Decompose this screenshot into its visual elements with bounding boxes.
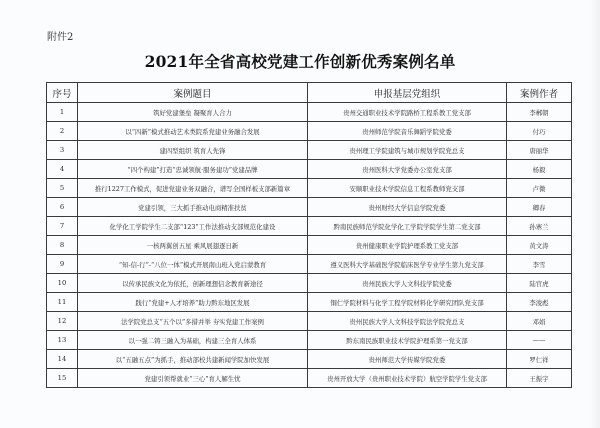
cell-no: 12 (47, 312, 78, 331)
cell-organization: 黔南民族师范学院化学化工学院学院学生第二党支部 (308, 217, 507, 236)
cell-case-title: 以“五融五点”为抓手，推动部校共建新闻学院加快发展 (78, 350, 308, 369)
cell-case-title: 以一强二铸三融入为基础，构建三全育人体系 (78, 331, 308, 350)
header-organization: 申报基层党组织 (308, 83, 507, 103)
cell-case-title: 筑好党建堡垒 凝聚育人合力 (78, 103, 308, 122)
cell-case-title: 以传承民族文化为依托，创新理想信念教育新途径 (78, 274, 308, 293)
cell-organization: 铜仁学院材料与化学工程学院材料化学研究团队党支部 (308, 293, 507, 312)
cell-organization: 贵州师范学院音乐舞蹈学院党委 (308, 122, 507, 141)
cell-no: 6 (47, 198, 78, 217)
cell-author: 王振宇 (507, 369, 572, 388)
cell-author: 邓娟 (507, 312, 572, 331)
cell-no: 1 (47, 103, 78, 122)
attachment-label: 附件2 (47, 28, 73, 43)
cell-organization: 贵州民族大学人文科技学院党委 (308, 274, 507, 293)
cell-no: 9 (47, 255, 78, 274)
table-row: 2 以“四新”模式推动艺术类院系党建业务融合发展 贵州师范学院音乐舞蹈学院党委 … (47, 122, 572, 141)
table-row: 5 推行1227工作模式，促进党建业务双融合，谱写全国样板支部新篇章 安顺职业技… (47, 179, 572, 198)
cell-author: 罗仁祥 (507, 350, 572, 369)
cell-no: 5 (47, 179, 78, 198)
cell-no: 3 (47, 141, 78, 160)
table-row: 15 党建引领帮就业“三心”育人解生忧 贵州开放大学（贵州职业技术学院）航空学院… (47, 369, 572, 388)
table-row: 7 化学化工学院学生二支部“123”工作法推动支部规范化建设 黔南民族师范学院化… (47, 217, 572, 236)
cell-no: 4 (47, 160, 78, 179)
cell-author: 唐丽华 (507, 141, 572, 160)
cell-organization: 安顺职业技术学院信息工程系教师党支部 (308, 179, 507, 198)
cell-case-title: “知-信-行”-“八位一体”模式开展南山班入党启蒙教育 (78, 255, 308, 274)
cell-no: 10 (47, 274, 78, 293)
table-row: 6 党建引领，三大抓手推动电商精准扶贫 贵州财经大学信息学院党委 卿春 (47, 198, 572, 217)
cell-author: 李雪 (507, 255, 572, 274)
cell-author: 李郴朝 (507, 103, 572, 122)
cell-author: 卿春 (507, 198, 572, 217)
table-row: 1 筑好党建堡垒 凝聚育人合力 贵州交通职业技术学院路桥工程系教工党支部 李郴朝 (47, 103, 572, 122)
document-title: 2021年全省高校党建工作创新优秀案例名单 (0, 50, 600, 72)
cell-organization: 贵州师范大学传媒学院党委 (308, 350, 507, 369)
cell-case-title: 建四型组织 筑育人先锋 (78, 141, 308, 160)
cell-no: 14 (47, 350, 78, 369)
cell-case-title: 推行1227工作模式，促进党建业务双融合，谱写全国样板支部新篇章 (78, 179, 308, 198)
cell-case-title: 法学院党总支“五个以”多措并举 夯实党建工作案例 (78, 312, 308, 331)
cell-author: 卢微 (507, 179, 572, 198)
cell-author: 陆官虎 (507, 274, 572, 293)
cell-case-title: 践行“党建+人才培养”助力黔东地区发展 (78, 293, 308, 312)
header-case-title: 案例题目 (78, 83, 308, 103)
cell-no: 15 (47, 369, 78, 388)
cell-case-title: 一核两翼创五星 乘风展翅逐日新 (78, 236, 308, 255)
cell-case-title: 党建引领帮就业“三心”育人解生忧 (78, 369, 308, 388)
cell-organization: 遵义医科大学基础医学院临床医学专业学生第九党支部 (308, 255, 507, 274)
case-list-table: 序号 案例题目 申报基层党组织 案例作者 1 筑好党建堡垒 凝聚育人合力 贵州交… (46, 82, 572, 388)
cell-author: 黄文涛 (507, 236, 572, 255)
cell-organization: 贵州民族大学人文科技学院法学院党总支 (308, 312, 507, 331)
cell-no: 7 (47, 217, 78, 236)
cell-author: 孙寨兰 (507, 217, 572, 236)
cell-organization: 贵州财经大学信息学院党委 (308, 198, 507, 217)
cell-case-title: 化学化工学院学生二支部“123”工作法推动支部规范化建设 (78, 217, 308, 236)
table-row: 12 法学院党总支“五个以”多措并举 夯实党建工作案例 贵州民族大学人文科技学院… (47, 312, 572, 331)
table-header-row: 序号 案例题目 申报基层党组织 案例作者 (47, 83, 572, 103)
table-row: 9 “知-信-行”-“八位一体”模式开展南山班入党启蒙教育 遵义医科大学基础医学… (47, 255, 572, 274)
cell-author: 付巧 (507, 122, 572, 141)
cell-organization: 贵州交通职业技术学院路桥工程系教工党支部 (308, 103, 507, 122)
cell-no: 2 (47, 122, 78, 141)
cell-organization: 黔东南民族职业技术学院护理系第一党支部 (308, 331, 507, 350)
table-row: 3 建四型组织 筑育人先锋 贵州理工学院建筑与城市规划学院党总支 唐丽华 (47, 141, 572, 160)
table-row: 11 践行“党建+人才培养”助力黔东地区发展 铜仁学院材料与化学工程学院材料化学… (47, 293, 572, 312)
cell-organization: 贵州理工学院建筑与城市规划学院党总支 (308, 141, 507, 160)
cell-case-title: 党建引领，三大抓手推动电商精准扶贫 (78, 198, 308, 217)
table-row: 8 一核两翼创五星 乘风展翅逐日新 贵州健康职业学院护理系教工党支部 黄文涛 (47, 236, 572, 255)
cell-case-title: 以“四新”模式推动艺术类院系党建业务融合发展 (78, 122, 308, 141)
table-row: 4 “四个构建”打造“忠诚领航·服务建功”党建品牌 贵州医科大学党委办公室党支部… (47, 160, 572, 179)
cell-author: —— (507, 331, 572, 350)
cell-author: 李浚彪 (507, 293, 572, 312)
cell-author: 杨毅 (507, 160, 572, 179)
table-row: 13 以一强二铸三融入为基础，构建三全育人体系 黔东南民族职业技术学院护理系第一… (47, 331, 572, 350)
header-author: 案例作者 (507, 83, 572, 103)
table-row: 14 以“五融五点”为抓手，推动部校共建新闻学院加快发展 贵州师范大学传媒学院党… (47, 350, 572, 369)
cell-no: 13 (47, 331, 78, 350)
cell-organization: 贵州健康职业学院护理系教工党支部 (308, 236, 507, 255)
cell-organization: 贵州医科大学党委办公室党支部 (308, 160, 507, 179)
table-row: 10 以传承民族文化为依托，创新理想信念教育新途径 贵州民族大学人文科技学院党委… (47, 274, 572, 293)
cell-no: 11 (47, 293, 78, 312)
cell-no: 8 (47, 236, 78, 255)
cell-case-title: “四个构建”打造“忠诚领航·服务建功”党建品牌 (78, 160, 308, 179)
header-no: 序号 (47, 83, 78, 103)
cell-organization: 贵州开放大学（贵州职业技术学院）航空学院学生党支部 (308, 369, 507, 388)
